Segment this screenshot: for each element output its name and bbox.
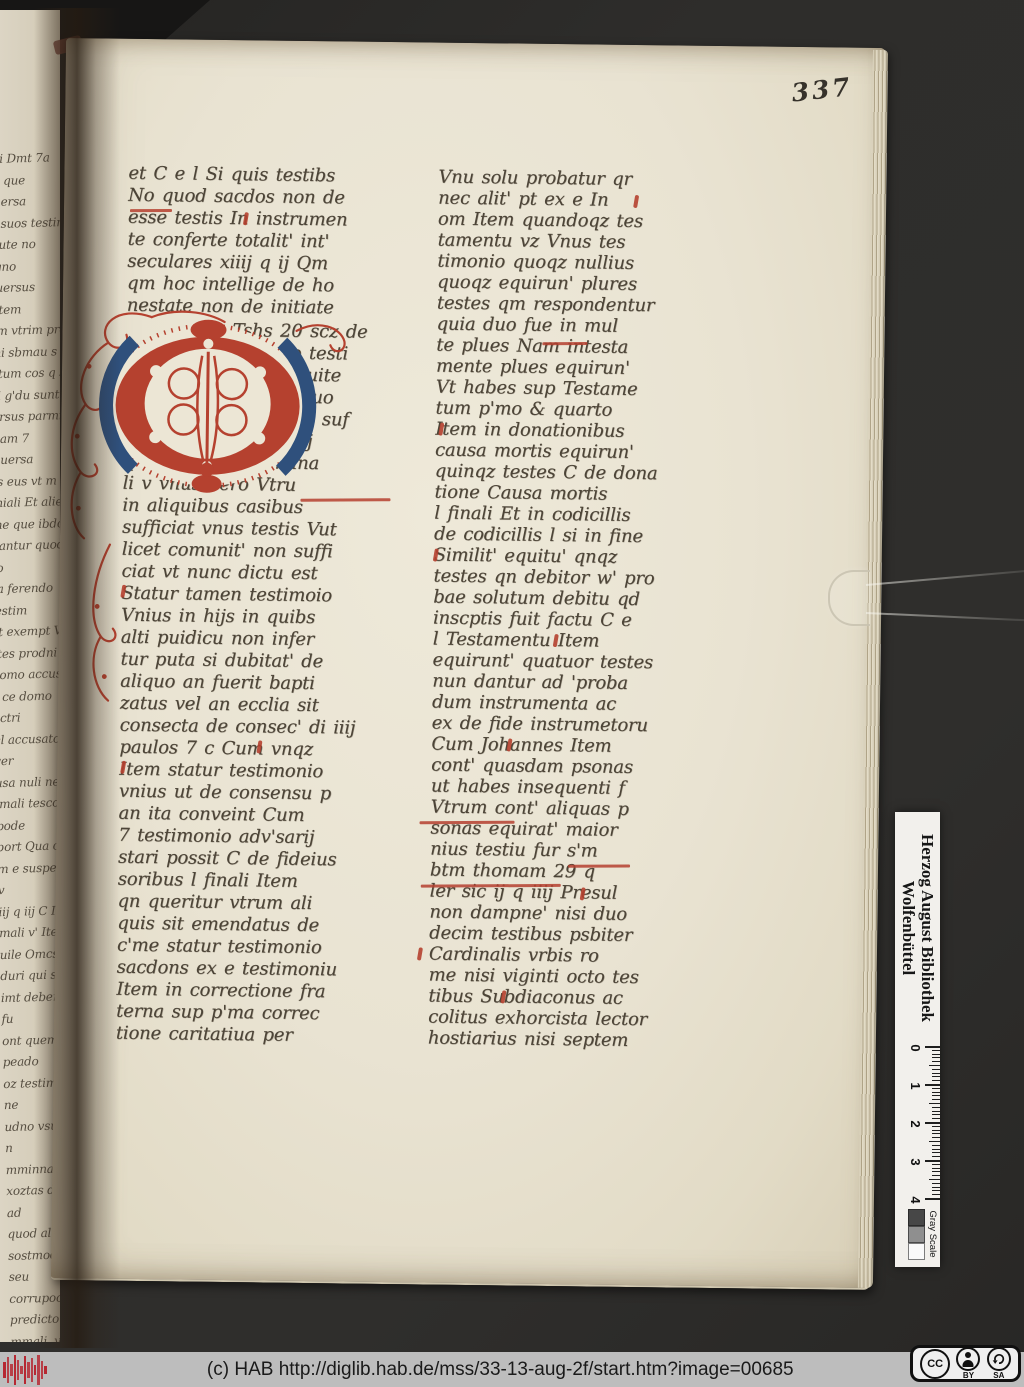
photo-stage: mali Dmt 7a one que aduersa tos suos tes…: [0, 0, 1024, 1387]
library-name: Herzog August Bibliothek Wolfenbüttel: [895, 812, 940, 1044]
library-label-strip: Herzog August Bibliothek Wolfenbüttel 0 …: [895, 812, 940, 1267]
gray-scale-mid-patch: [908, 1226, 925, 1243]
cc-sa-arrow-icon: [987, 1347, 1011, 1371]
library-name-line1: Herzog August Bibliothek: [918, 812, 937, 1044]
copyright-url: (c) HAB http://diglib.hab.de/mss/33-13-a…: [207, 1359, 794, 1381]
cc-by-label: BY: [963, 1371, 974, 1380]
facing-page-text: mali Dmt 7a one que aduersa tos suos tes…: [0, 147, 60, 1342]
decorated-initial: [52, 276, 357, 720]
ruler-number-0: 0: [908, 1040, 923, 1056]
red-barcode: [3, 1354, 47, 1386]
cc-sa-unit: SA: [987, 1347, 1011, 1380]
ruler-number-4: 4: [908, 1192, 923, 1208]
gray-scale: Gray Scale: [895, 1202, 940, 1266]
ruler: 0 1 2 3 4: [895, 1044, 940, 1202]
text-column-right: Vnu solu probatur qr nec alit' pt ex e I…: [428, 167, 784, 1053]
library-name-line2: Wolfenbüttel: [899, 812, 918, 1044]
cc-license-badge: CC BY SA: [910, 1345, 1021, 1382]
page-holder-clip: [828, 570, 870, 626]
cc-sa-label: SA: [993, 1371, 1004, 1380]
gray-scale-label: Gray Scale: [927, 1211, 938, 1258]
clip-strap-top: [866, 570, 1024, 586]
ruler-number-3: 3: [908, 1154, 923, 1170]
footer-bar: (c) HAB http://diglib.hab.de/mss/33-13-a…: [0, 1352, 1024, 1387]
cc-by-unit: BY: [956, 1347, 980, 1380]
gray-scale-dark-patch: [908, 1209, 925, 1226]
page-edge-stack: [858, 50, 888, 1288]
folio-number: 337: [790, 72, 854, 108]
gray-scale-light-patch: [908, 1243, 925, 1260]
cc-by-person-icon: [956, 1347, 980, 1371]
cc-logo-icon: CC: [920, 1349, 950, 1379]
ruler-number-1: 1: [908, 1078, 923, 1094]
manuscript-page: 337 et C e l Si quis testibs No quod sac…: [51, 38, 886, 1290]
ruler-number-2: 2: [908, 1116, 923, 1132]
facing-page-sliver: mali Dmt 7a one que aduersa tos suos tes…: [0, 10, 60, 1342]
clip-strap-bottom: [866, 612, 1024, 621]
